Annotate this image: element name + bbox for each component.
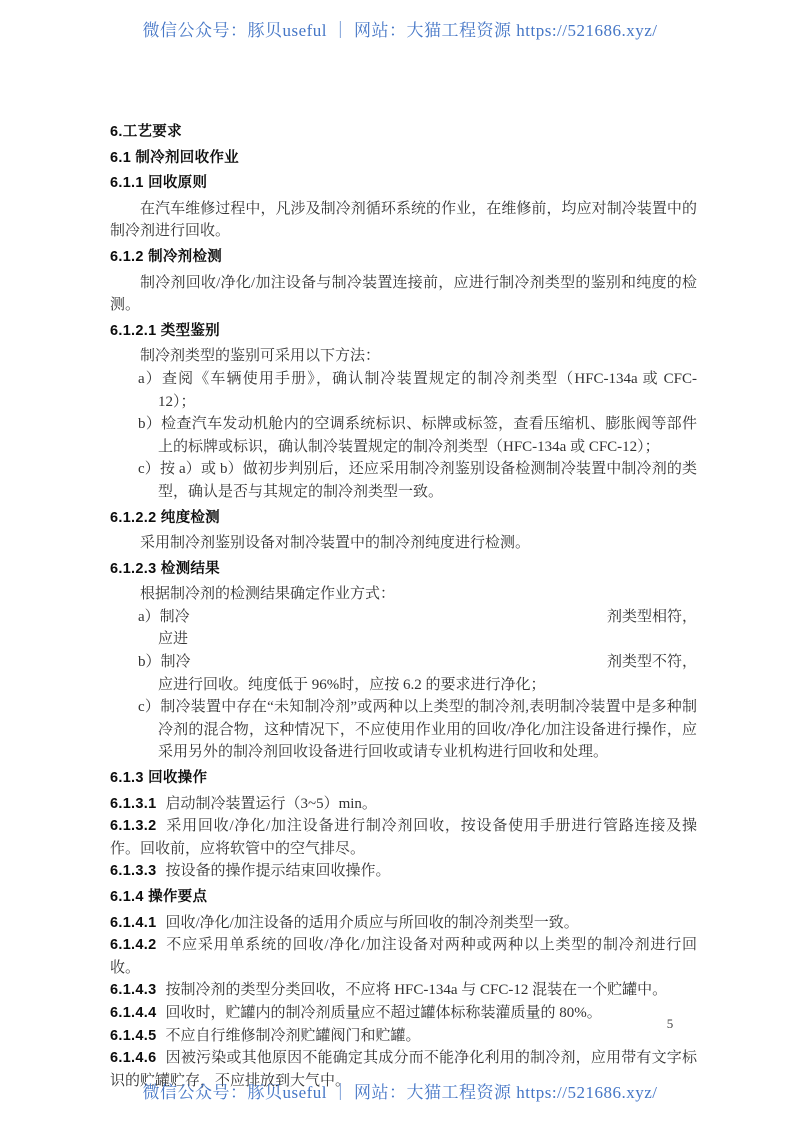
clause-number: 6.1.3.1 [110, 796, 156, 812]
list-item-a: a）查阅《车辆使用手册》，确认制冷装置规定的制冷剂类型（HFC-134a 或 C… [110, 368, 697, 413]
heading-6-1-2: 6.1.2 制冷剂检测 [110, 246, 697, 269]
clause-6-1-3-3: 6.1.3.3按设备的操作提示结束回收操作。 [110, 860, 697, 883]
heading-6-1-3: 6.1.3 回收操作 [110, 767, 697, 790]
result-b-left: b）制冷 [138, 651, 191, 674]
list-item-c: c）按 a）或 b）做初步判别后，还应采用制冷剂鉴别设备检测制冷装置中制冷剂的类… [110, 458, 697, 503]
clause-text: 采用回收/净化/加注设备进行制冷剂回收，按设备使用手册进行管路连接及操作。回收前… [110, 818, 697, 857]
para-detection-intro: 制冷剂回收/净化/加注设备与制冷装置连接前，应进行制冷剂类型的鉴别和纯度的检测。 [110, 272, 697, 317]
clause-number: 6.1.4.4 [110, 1005, 156, 1021]
heading-6-1-2-3: 6.1.2.3 检测结果 [110, 558, 697, 581]
clause-6-1-4-4: 6.1.4.4回收时，贮罐内的制冷剂质量应不超过罐体标称装灌质量的 80%。 [110, 1002, 697, 1025]
heading-6-1: 6.1 制冷剂回收作业 [110, 147, 697, 170]
clause-text: 不应自行维修制冷剂贮罐阀门和贮罐。 [165, 1028, 420, 1044]
list-item-result-a: a）制冷 剂类型相符， [110, 606, 697, 629]
clause-text: 回收/净化/加注设备的适用介质应与所回收的制冷剂类型一致。 [165, 915, 578, 931]
clause-6-1-4-3: 6.1.4.3按制冷剂的类型分类回收，不应将 HFC-134a 与 CFC-12… [110, 979, 697, 1002]
clause-number: 6.1.4.6 [110, 1050, 156, 1066]
list-item-result-b-cont: 应进行回收。纯度低于 96%时，应按 6.2 的要求进行净化； [110, 674, 697, 697]
document-body: 6.工艺要求 6.1 制冷剂回收作业 6.1.1 回收原则 在汽车维修过程中，凡… [110, 118, 697, 1092]
heading-6-1-1: 6.1.1 回收原则 [110, 172, 697, 195]
result-b-right: 剂类型不符， [607, 651, 697, 674]
clause-number: 6.1.4.5 [110, 1028, 156, 1044]
clause-6-1-4-2: 6.1.4.2不应采用单系统的回收/净化/加注设备对两种或两种以上类型的制冷剂进… [110, 934, 697, 979]
clause-6-1-3-2: 6.1.3.2采用回收/净化/加注设备进行制冷剂回收，按设备使用手册进行管路连接… [110, 815, 697, 860]
para-result-intro: 根据制冷剂的检测结果确定作业方式： [110, 583, 697, 606]
heading-6-1-2-2: 6.1.2.2 纯度检测 [110, 507, 697, 530]
clause-number: 6.1.3.2 [110, 818, 156, 834]
list-item-b: b）检查汽车发动机舱内的空调系统标识、标牌或标签，查看压缩机、膨胀阀等部件上的标… [110, 413, 697, 458]
para-recovery-principle: 在汽车维修过程中，凡涉及制冷剂循环系统的作业，在维修前，均应对制冷装置中的制冷剂… [110, 198, 697, 243]
clause-6-1-3-1: 6.1.3.1启动制冷装置运行（3~5）min。 [110, 793, 697, 816]
list-item-result-b: b）制冷 剂类型不符， [110, 651, 697, 674]
heading-6: 6.工艺要求 [110, 121, 697, 144]
clause-text: 启动制冷装置运行（3~5）min。 [165, 796, 376, 812]
clause-text: 不应采用单系统的回收/净化/加注设备对两种或两种以上类型的制冷剂进行回收。 [110, 937, 697, 976]
list-item-result-c: c）制冷装置中存在“未知制冷剂”或两种以上类型的制冷剂,表明制冷装置中是多种制冷… [110, 696, 697, 764]
clause-number: 6.1.4.1 [110, 915, 156, 931]
clause-number: 6.1.4.3 [110, 982, 156, 998]
para-type-methods-intro: 制冷剂类型的鉴别可采用以下方法： [110, 345, 697, 368]
clause-number: 6.1.3.3 [110, 863, 156, 879]
clause-6-1-4-1: 6.1.4.1回收/净化/加注设备的适用介质应与所回收的制冷剂类型一致。 [110, 912, 697, 935]
para-purity-detection: 采用制冷剂鉴别设备对制冷装置中的制冷剂纯度进行检测。 [110, 532, 697, 555]
footer-watermark: 微信公众号：豚贝useful ｜ 网站：大猫工程资源 https://52168… [0, 1078, 800, 1103]
clause-text: 按设备的操作提示结束回收操作。 [165, 863, 390, 879]
header-watermark: 微信公众号：豚贝useful ｜ 网站：大猫工程资源 https://52168… [0, 16, 800, 41]
clause-text: 回收时，贮罐内的制冷剂质量应不超过罐体标称装灌质量的 80%。 [165, 1005, 601, 1021]
clause-6-1-4-5: 6.1.4.5不应自行维修制冷剂贮罐阀门和贮罐。 [110, 1025, 697, 1048]
clause-text: 按制冷剂的类型分类回收，不应将 HFC-134a 与 CFC-12 混装在一个贮… [165, 982, 667, 998]
list-item-result-a-cont: 应进 [110, 628, 697, 651]
clause-number: 6.1.4.2 [110, 937, 156, 953]
document-page: { "watermark": { "text": "微信公众号：豚贝useful… [0, 0, 800, 1131]
heading-6-1-4: 6.1.4 操作要点 [110, 886, 697, 909]
result-a-right: 剂类型相符， [607, 606, 697, 629]
result-a-left: a）制冷 [138, 606, 190, 629]
heading-6-1-2-1: 6.1.2.1 类型鉴别 [110, 320, 697, 343]
page-number: 5 [660, 1016, 680, 1032]
